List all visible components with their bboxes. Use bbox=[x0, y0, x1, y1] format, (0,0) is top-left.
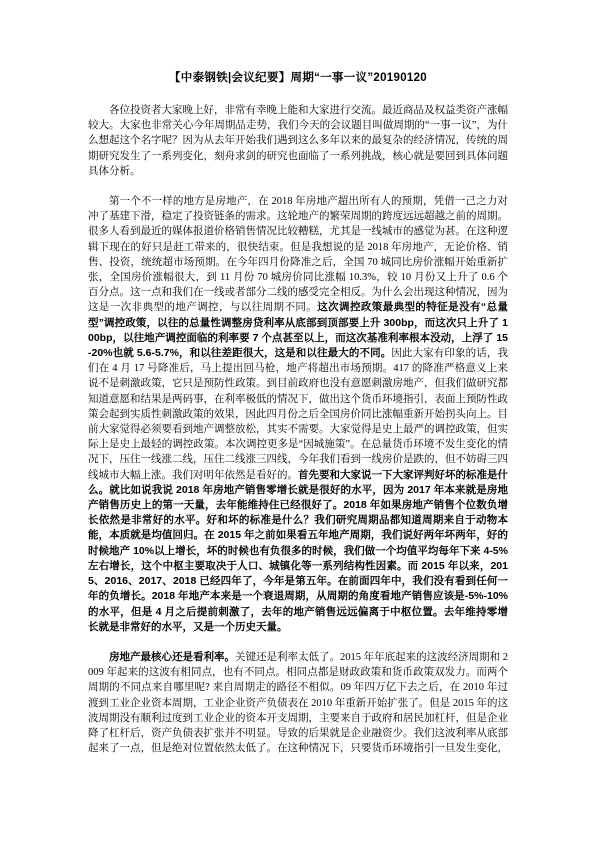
document-page: 【中泰钢铁|会议纪要】周期“一事一议”20190120 各位投资者大家晚上好，非… bbox=[0, 0, 595, 842]
text-run: 关键还是利率太低了。2015 年年底起来的这波经济周期和 2009 年起来的这波… bbox=[88, 652, 508, 754]
paragraph: 第一个不一样的地方是房地产，在 2018 年房地产超出所有人的预期，凭借一己之力… bbox=[88, 194, 508, 635]
document-body: 各位投资者大家晚上好，非常有幸晚上能和大家进行交流。最近商品及权益类资产涨幅较大… bbox=[88, 103, 508, 756]
text-run-bold: 房地产最核心还是看利率。 bbox=[109, 651, 235, 663]
text-run: 因此大家有印象的话，我们在 4 月 17 号降准后，马上提出回马枪，地产将超出市… bbox=[88, 348, 508, 481]
page-title: 【中泰钢铁|会议纪要】周期“一事一议”20190120 bbox=[88, 70, 508, 86]
text-run: 第一个不一样的地方是房地产，在 2018 年房地产超出所有人的预期，凭借一己之力… bbox=[88, 196, 508, 313]
paragraph: 房地产最核心还是看利率。关键还是利率太低了。2015 年年底起来的这波经济周期和… bbox=[88, 650, 508, 756]
document-content: 【中泰钢铁|会议纪要】周期“一事一议”20190120 各位投资者大家晚上好，非… bbox=[88, 70, 508, 771]
text-run-bold: 首先要和大家说一下大家评判好坏的标准是什么。就比如说我说 2018 年房地产销售… bbox=[88, 469, 508, 633]
text-run: 各位投资者大家晚上好，非常有幸晚上能和大家进行交流。最近商品及权益类资产涨幅较大… bbox=[88, 105, 508, 177]
paragraph: 各位投资者大家晚上好，非常有幸晚上能和大家进行交流。最近商品及权益类资产涨幅较大… bbox=[88, 103, 508, 179]
